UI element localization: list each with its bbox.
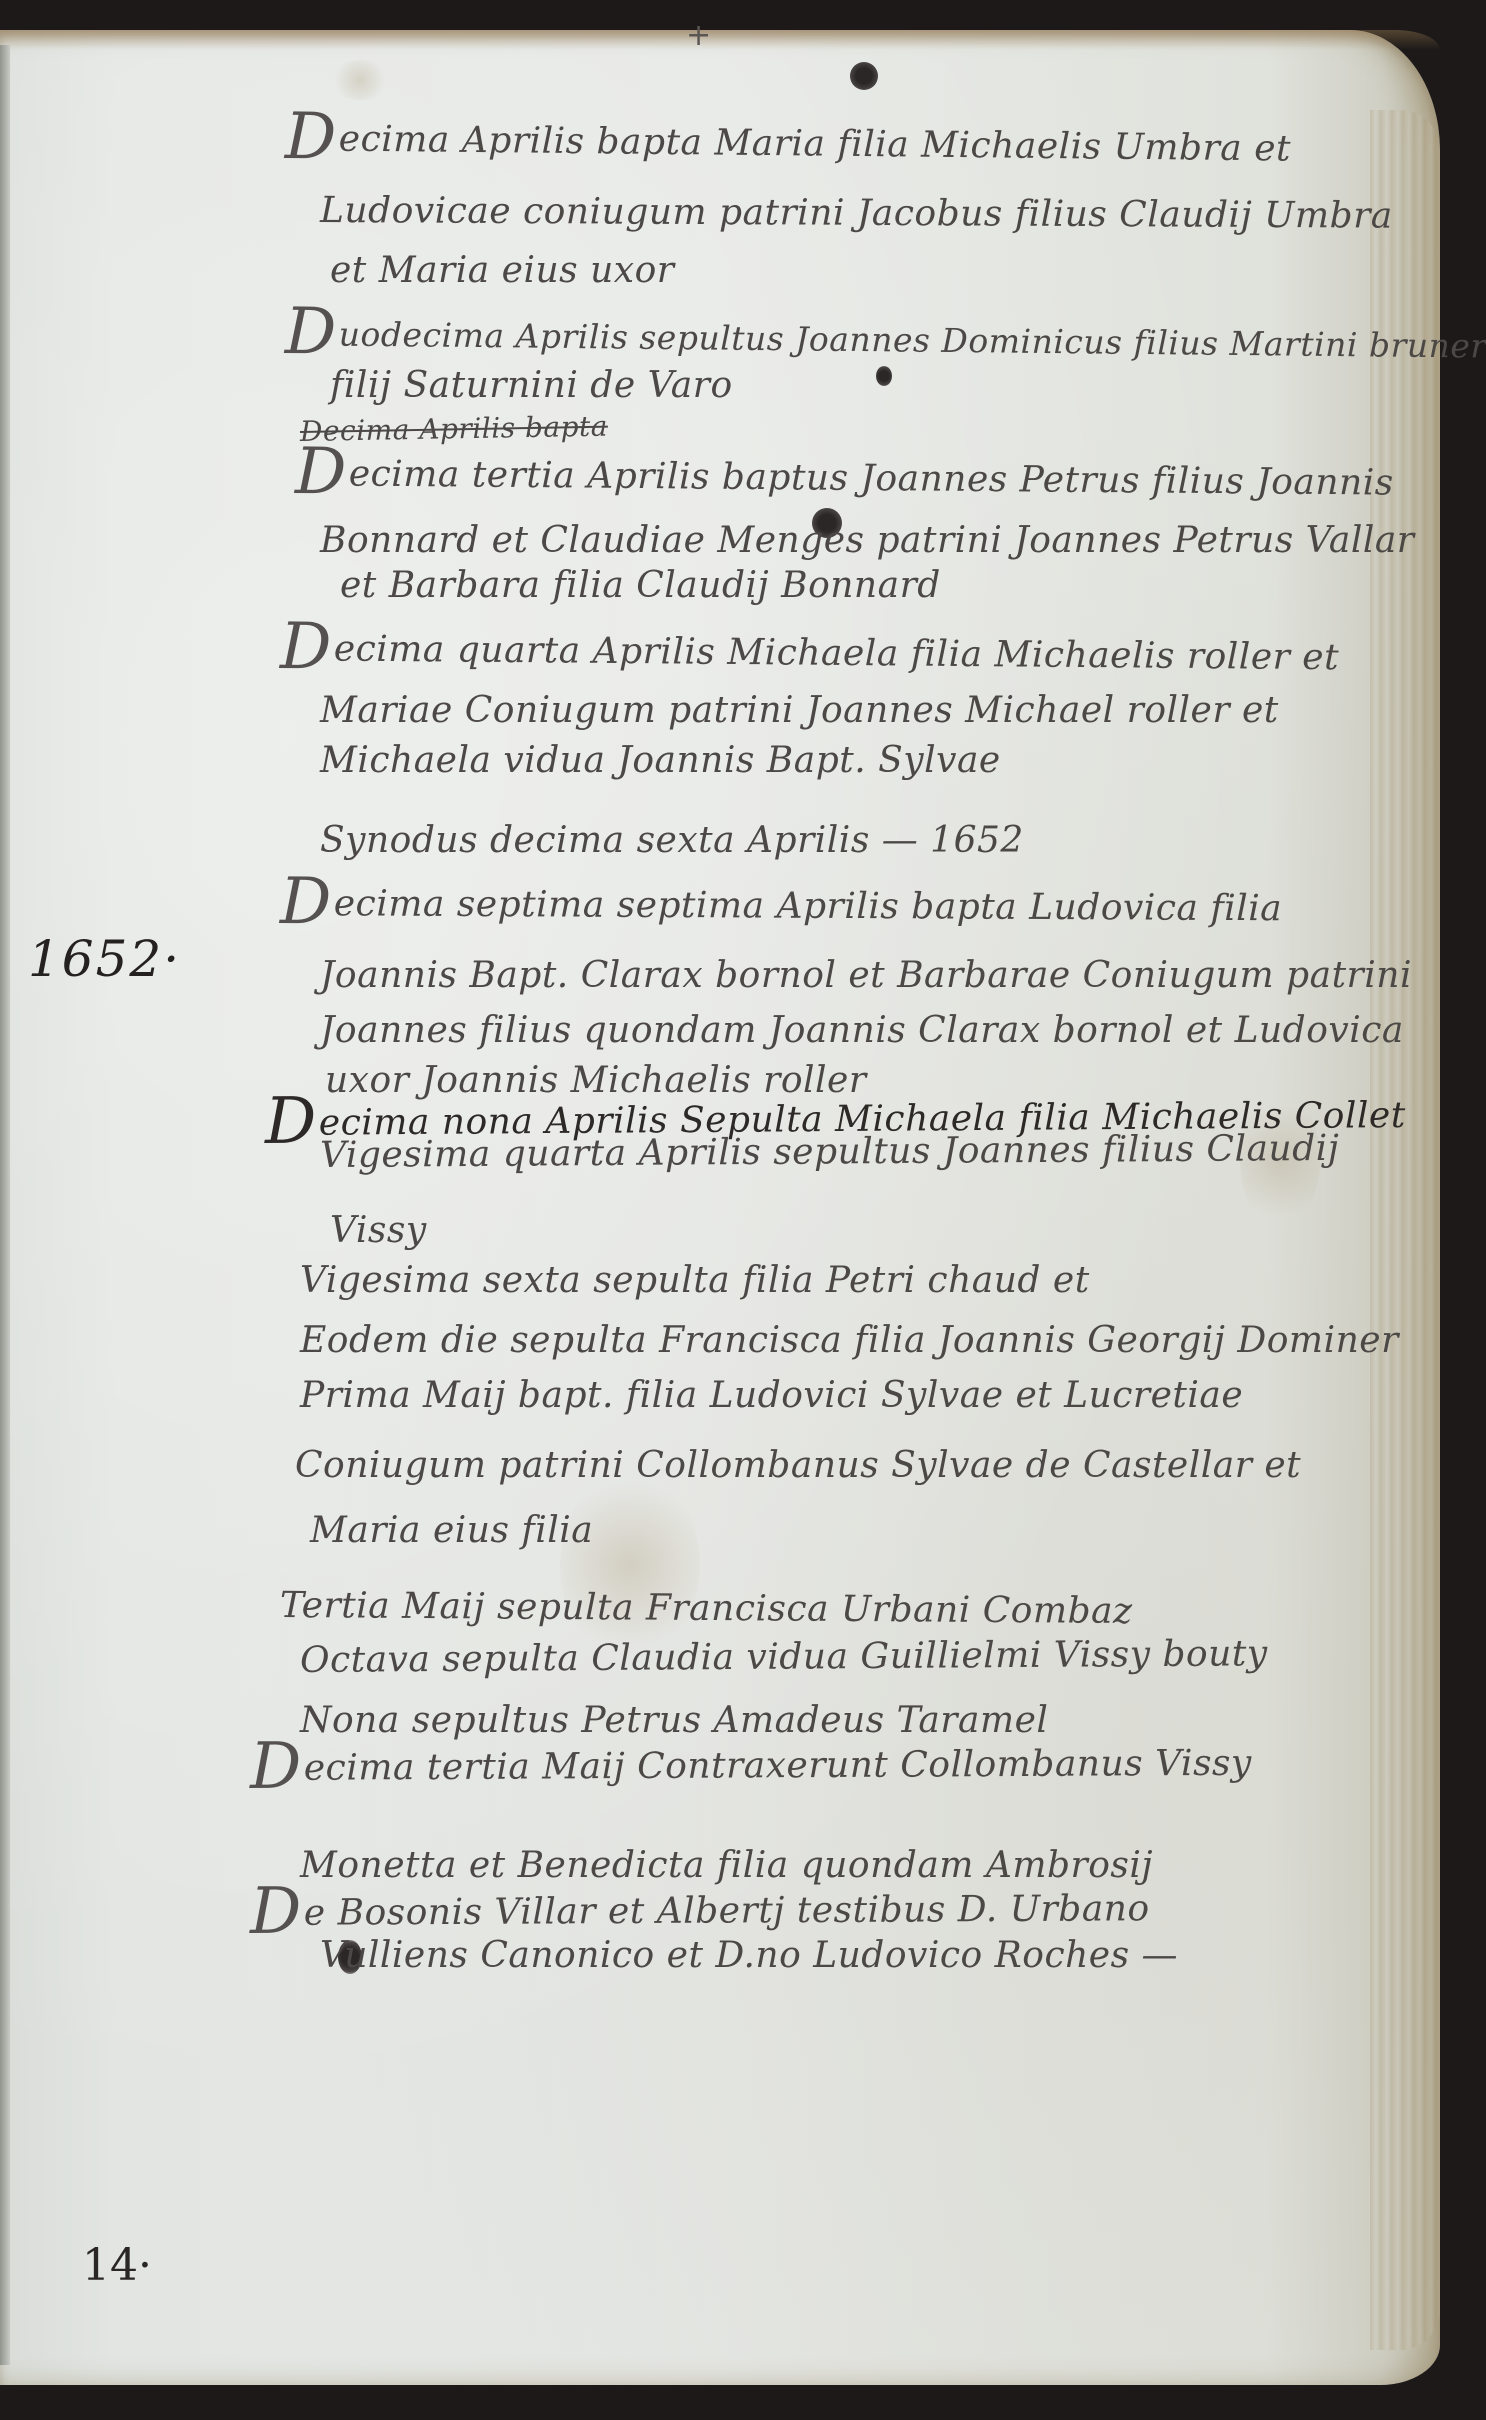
entry-initial: D bbox=[285, 295, 338, 370]
entry-line: Michaela vidua Joannis Bapt. Sylvae bbox=[320, 740, 1001, 781]
entry-text: Mariae Coniugum patrini Joannes Michael … bbox=[320, 690, 1279, 731]
entry-text: uodecima Aprilis sepultus Joannes Domini… bbox=[339, 315, 1486, 366]
binding-fold bbox=[0, 45, 10, 2365]
entry-text: Vulliens Canonico et D.no Ludovico Roche… bbox=[320, 1935, 1178, 1976]
water-stain bbox=[330, 60, 390, 100]
entry-line: Coniugum patrini Collombanus Sylvae de C… bbox=[295, 1445, 1301, 1486]
page-right-edge bbox=[1370, 110, 1440, 2350]
entry-text: et Barbara filia Claudij Bonnard bbox=[340, 565, 941, 606]
entry-initial: D bbox=[280, 610, 332, 684]
entry-line: Tertia Maij sepulta Francisca Urbani Com… bbox=[280, 1585, 1133, 1632]
entry-line: Vissy bbox=[330, 1210, 427, 1251]
entry-line: Joannis Bapt. Clarax bornol et Barbarae … bbox=[320, 955, 1412, 996]
ink-blot bbox=[850, 62, 878, 90]
entry-line: Decima quarta Aprilis Michaela filia Mic… bbox=[280, 615, 1340, 688]
entry-line: Octava sepulta Claudia vidua Guillielmi … bbox=[300, 1633, 1268, 1681]
entry-text: ecima tertia Maij Contraxerunt Collomban… bbox=[304, 1743, 1252, 1789]
entry-line: filij Saturnini de Varo bbox=[330, 365, 733, 406]
entry-text: Maria eius filia bbox=[310, 1510, 593, 1551]
margin-year: 1652· bbox=[28, 930, 181, 988]
entry-text: Synodus decima sexta Aprilis — 1652 bbox=[320, 820, 1024, 861]
entry-line: Eodem die sepulta Francisca filia Joanni… bbox=[300, 1320, 1399, 1361]
entry-initial: D bbox=[280, 865, 332, 939]
entry-line: Joannes filius quondam Joannis Clarax bo… bbox=[320, 1010, 1404, 1051]
entry-text: Vigesima sexta sepulta filia Petri chaud… bbox=[300, 1260, 1090, 1301]
entry-line: Vigesima quarta Aprilis sepultus Joannes… bbox=[320, 1128, 1340, 1176]
entry-text: ecima tertia Aprilis baptus Joannes Petr… bbox=[349, 453, 1394, 503]
entry-line: Decima tertia Maij Contraxerunt Collomba… bbox=[250, 1730, 1252, 1799]
entry-text: Coniugum patrini Collombanus Sylvae de C… bbox=[295, 1445, 1301, 1486]
entry-text: Tertia Maij sepulta Francisca Urbani Com… bbox=[280, 1585, 1133, 1632]
entry-text: Ludovicae coniugum patrini Jacobus filiu… bbox=[320, 190, 1393, 237]
entry-line: De Bosonis Villar et Albertj testibus D.… bbox=[250, 1875, 1150, 1944]
entry-text: Vissy bbox=[330, 1210, 427, 1251]
entry-line: Mariae Coniugum patrini Joannes Michael … bbox=[320, 690, 1279, 731]
top-cross-mark: + bbox=[686, 18, 711, 53]
entry-initial: D bbox=[265, 1085, 317, 1159]
entry-initial: D bbox=[250, 1875, 302, 1949]
entry-text: Joannis Bapt. Clarax bornol et Barbarae … bbox=[320, 955, 1412, 996]
folio-number: 14· bbox=[82, 2240, 152, 2291]
entry-line: Maria eius filia bbox=[310, 1510, 593, 1551]
entry-text: Octava sepulta Claudia vidua Guillielmi … bbox=[300, 1633, 1268, 1681]
entry-line: Prima Maij bapt. filia Ludovici Sylvae e… bbox=[300, 1375, 1243, 1416]
entry-line: Decima Aprilis bapta Maria filia Michael… bbox=[285, 105, 1292, 180]
entry-line: Bonnard et Claudiae Menges patrini Joann… bbox=[320, 520, 1415, 561]
entry-text: ecima quarta Aprilis Michaela filia Mich… bbox=[334, 628, 1340, 678]
entry-line: Ludovicae coniugum patrini Jacobus filiu… bbox=[320, 190, 1393, 237]
entry-text: Eodem die sepulta Francisca filia Joanni… bbox=[300, 1320, 1399, 1361]
entry-line: Vigesima sexta sepulta filia Petri chaud… bbox=[300, 1260, 1090, 1301]
entry-initial: D bbox=[285, 100, 338, 175]
entry-text: et Maria eius uxor bbox=[330, 250, 674, 291]
entry-initial: D bbox=[295, 435, 347, 509]
entry-line: Vulliens Canonico et D.no Ludovico Roche… bbox=[320, 1935, 1178, 1976]
entry-line: et Barbara filia Claudij Bonnard bbox=[340, 565, 941, 606]
entry-text: ecima septima septima Aprilis bapta Ludo… bbox=[334, 883, 1283, 929]
entry-line: Decima septima septima Aprilis bapta Lud… bbox=[280, 870, 1283, 939]
entry-text: filij Saturnini de Varo bbox=[330, 365, 733, 406]
entry-initial: D bbox=[250, 1730, 302, 1804]
entry-line: et Maria eius uxor bbox=[330, 250, 674, 291]
page-top-edge bbox=[0, 30, 1440, 50]
entry-text: Bonnard et Claudiae Menges patrini Joann… bbox=[320, 520, 1415, 561]
entry-text: Prima Maij bapt. filia Ludovici Sylvae e… bbox=[300, 1375, 1243, 1416]
entry-text: Vigesima quarta Aprilis sepultus Joannes… bbox=[320, 1128, 1340, 1176]
entry-line: Decima tertia Aprilis baptus Joannes Pet… bbox=[295, 440, 1394, 514]
synod-heading: Synodus decima sexta Aprilis — 1652 bbox=[320, 820, 1024, 861]
entry-text: e Bosonis Villar et Albertj testibus D. … bbox=[304, 1888, 1150, 1933]
entry-text: Joannes filius quondam Joannis Clarax bo… bbox=[320, 1010, 1404, 1051]
water-stain bbox=[560, 1470, 700, 1660]
manuscript-scan: + 1652· 14· Decima Aprilis bapta Maria f… bbox=[0, 0, 1486, 2420]
entry-text: Michaela vidua Joannis Bapt. Sylvae bbox=[320, 740, 1001, 781]
entry-text: ecima Aprilis bapta Maria filia Michaeli… bbox=[339, 119, 1292, 170]
